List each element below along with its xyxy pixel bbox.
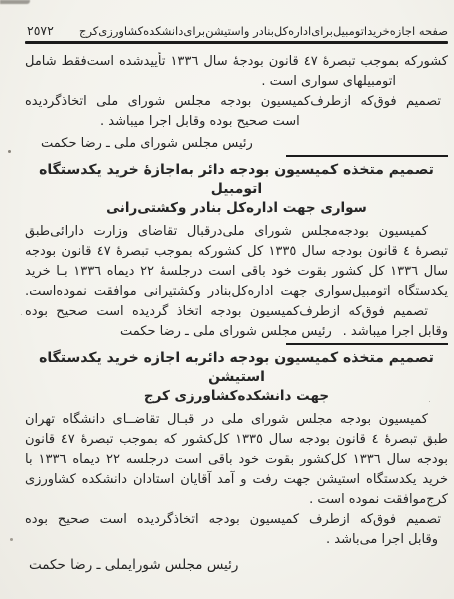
body-line: بودجه سال ١٣٣٦ کل‌کشور بقوت خود باقی است…	[25, 450, 448, 470]
section-ports-automobile: تصمیم متخذه کمیسیون بودجه دائر به‌اجازهٔ…	[25, 161, 448, 345]
running-header-title: صفحه اجازه‌خریداتومبیل‌برای‌اداره‌کل‌بنا…	[79, 24, 448, 38]
header-divider	[25, 41, 448, 44]
heading-line: سواری جهت اداره‌کل بنادر وکشتی‌رانی	[25, 199, 448, 218]
body-line: اتومبیلهای سواری است .	[25, 72, 448, 92]
body-line: تصمیم فوق‌که ازطرف‌کمیسیون بودجه اتخاذ گ…	[25, 302, 448, 322]
section-karaj-college: تصمیم متخذه کمیسیون بودجه دائربه اجازه خ…	[25, 349, 448, 575]
body-line: تصمیم فوق‌که ازطرف کمیسیون بودجه اتخاذگر…	[25, 510, 448, 530]
body-line: وقابل اجرا می‌باشد .	[25, 530, 448, 550]
running-header: صفحه اجازه‌خریداتومبیل‌برای‌اداره‌کل‌بنا…	[25, 23, 448, 38]
intro-paragraph: کشورکه بموجب تبصرهٔ ٤٧ قانون بودجهٔ سال …	[25, 52, 448, 132]
signature-line: رئیس مجلس شورای ملی ـ رضا حکمت	[120, 322, 332, 342]
body-line: کمیسیون بودجه‌مجلس شورای ملی‌درقبال تقاض…	[25, 222, 448, 242]
body-line: طبق تبصرهٔ ٤ قانون بودجه سال ١٣٣٥ کل‌کشو…	[25, 430, 448, 450]
heading-line: تصمیم متخذه کمیسیون بودجه دائربه اجازه خ…	[25, 349, 448, 387]
body-line: خرید یکدستگاه استیشن جهت رفت و آمد آقایا…	[25, 470, 448, 490]
page-number: ٢٥٧٢	[25, 23, 54, 38]
signature-line: رئیس مجلس شورای ملی ـ رضا حکمت	[25, 134, 448, 154]
closing-text: وقابل اجرا میباشد .	[343, 322, 448, 342]
scanned-document-page: صفحه اجازه‌خریداتومبیل‌برای‌اداره‌کل‌بنا…	[0, 0, 454, 575]
body-line: تبصرهٔ ٤ قانون بودجه سال ١٣٣٥ کل کشورکه …	[25, 242, 448, 262]
signature-divider	[286, 155, 448, 157]
body-line: است صحیح بوده وقابل اجرا میباشد .	[25, 112, 448, 132]
decision-heading-station: تصمیم متخذه کمیسیون بودجه دائربه اجازه خ…	[25, 349, 448, 406]
body-line: یکدستگاه اتومبیل‌سواری جهت اداره‌کل‌بناد…	[25, 282, 448, 302]
signature-line: رئیس مجلس شورایملی ـ رضا حکمت	[25, 555, 448, 575]
body-line: کرج‌موافقت نموده است .	[25, 490, 448, 510]
body-line: کشورکه بموجب تبصرهٔ ٤٧ قانون بودجهٔ سال …	[25, 52, 448, 72]
body-line: سال ١٣٣٦ کل کشور بقوت خود باقی است درجلس…	[25, 262, 448, 282]
heading-line: تصمیم متخذه کمیسیون بودجه دائر به‌اجازهٔ…	[25, 161, 448, 199]
signature-divider	[286, 343, 448, 345]
closing-and-signature-row: وقابل اجرا میباشد . رئیس مجلس شورای ملی …	[25, 322, 448, 342]
body-line: کمیسیون بودجه مجلس شورای ملی در قبـال تق…	[25, 410, 448, 430]
body-line: تصمیم فوق‌که ازطرف‌کمیسیون بودجه مجلس شو…	[25, 92, 448, 112]
heading-line: جهت دانشکده‌کشاورزی کرج	[25, 387, 448, 406]
decision-heading-automobile: تصمیم متخذه کمیسیون بودجه دائر به‌اجازهٔ…	[25, 161, 448, 218]
